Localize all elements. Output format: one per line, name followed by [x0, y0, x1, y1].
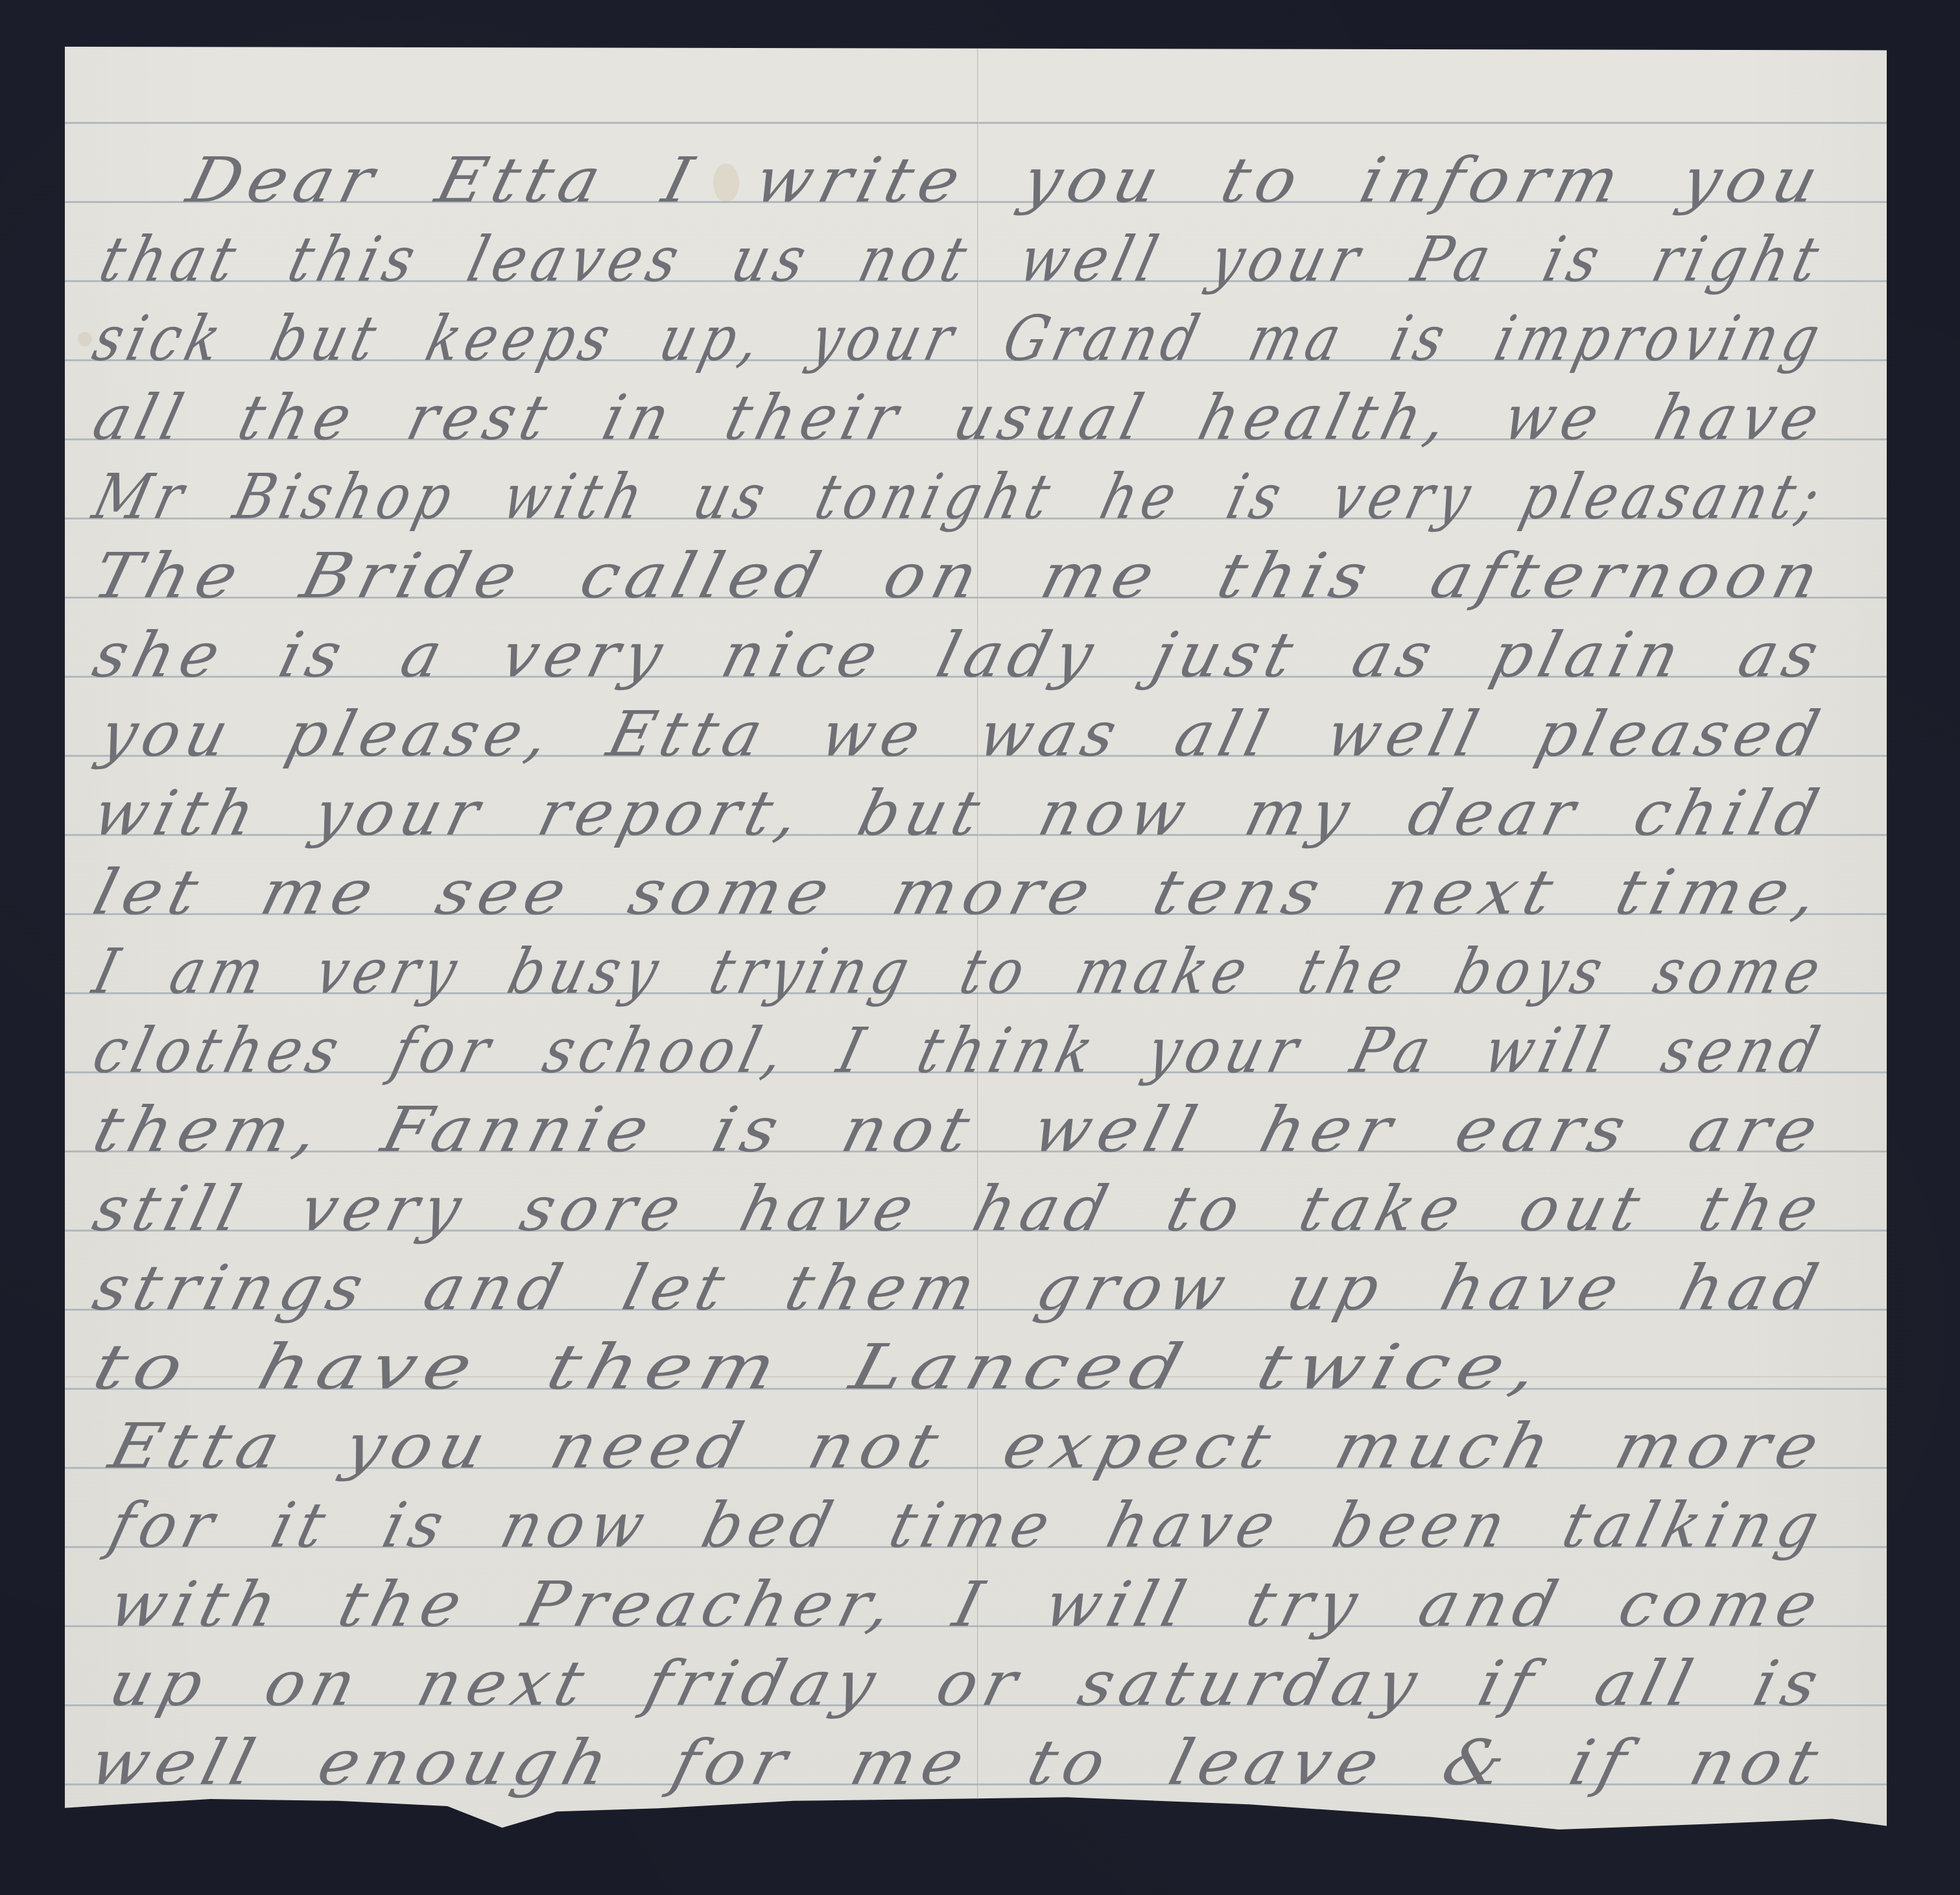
letter-line-5: Mr Bishop with us tonight he is very ple…	[88, 466, 1832, 528]
letter-line-20: up on next friday or saturday if all is	[104, 1652, 1831, 1715]
letter-line-3: sick but keeps up, your Grand ma is impr…	[88, 307, 1831, 370]
letter-line-10: let me see some more tens next time,	[88, 861, 1831, 924]
letter-line-16: to have them Lanced twice,	[88, 1336, 1552, 1398]
letter-line-8: you please, Etta we was all well pleased	[94, 703, 1832, 765]
age-stain	[78, 332, 92, 346]
letter-line-19: with the Preacher, I will try and come	[104, 1573, 1830, 1636]
letter-line-9: with your report, but now my dear child	[88, 782, 1830, 844]
letter-line-14: still very sore have had to take out the	[88, 1178, 1831, 1240]
letter-line-21: well enough for me to leave & if not	[84, 1732, 1830, 1794]
letter-line-1: Dear Etta I write you to inform you	[182, 149, 1830, 211]
letter-line-17: Etta you need not expect much more	[104, 1415, 1832, 1477]
letter-line-15: strings and let them grow up have had	[88, 1257, 1830, 1319]
ruled-line	[65, 122, 1887, 124]
letter-line-4: all the rest in their usual health, we h…	[88, 387, 1831, 449]
letter-line-2: that this leaves us not well your Pa is …	[94, 228, 1830, 291]
letter-line-12: clothes for school, I think your Pa will…	[88, 1019, 1831, 1082]
letter-line-7: she is a very nice lady just as plain as	[88, 624, 1830, 686]
letter-line-6: The Bride called on me this afternoon	[88, 545, 1832, 607]
letter-line-13: them, Fannie is not well her ears are	[88, 1099, 1830, 1161]
letter-page: Dear Etta I write you to inform you that…	[65, 47, 1887, 1837]
letter-line-11: I am very busy trying to make the boys s…	[88, 940, 1832, 1003]
letter-line-18: for it is now bed time have been talking	[104, 1494, 1831, 1556]
